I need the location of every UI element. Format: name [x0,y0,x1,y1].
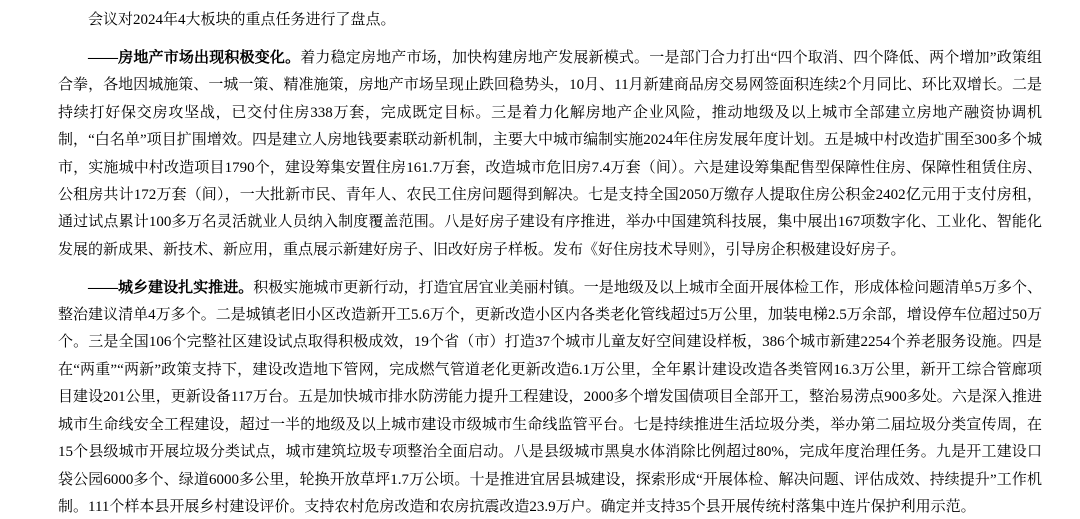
paragraph-body-real-estate: 着力稳定房地产市场，加快构建房地产发展新模式。一是部门合力打出“四个取消、四个降… [58,50,1042,258]
paragraph-lead-urban-rural: ——城乡建设扎实推进。 [88,280,253,296]
paragraph-lead-real-estate: ——房地产市场出现积极变化。 [88,50,300,66]
paragraph-real-estate-market: ——房地产市场出现积极变化。着力稳定房地产市场，加快构建房地产发展新模式。一是部… [58,45,1042,264]
paragraph-urban-rural-construction: ——城乡建设扎实推进。积极实施城市更新行动，打造宜居宜业美丽村镇。一是地级及以上… [58,275,1042,519]
paragraph-body-urban-rural: 积极实施城市更新行动，打造宜居宜业美丽村镇。一是地级及以上城市全面开展体检工作，… [58,280,1042,515]
intro-text: 会议对2024年4大板块的重点任务进行了盘点。 [88,12,396,28]
intro-paragraph: 会议对2024年4大板块的重点任务进行了盘点。 [58,7,1042,34]
document-page: 会议对2024年4大板块的重点任务进行了盘点。 ——房地产市场出现积极变化。着力… [0,0,1080,519]
